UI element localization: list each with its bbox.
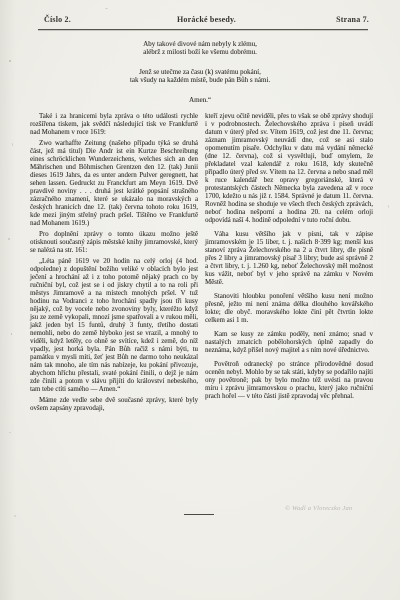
article-paragraph: Kam se kusy ze zámku poděly, není známo;… [205,331,373,355]
verse-line: tak všudy na každém místě, bude pán Bůh … [0,76,400,84]
verse-couplet: Jenž se utečme za času (k) svatému pokán… [0,68,400,84]
verse-line: Jenž se utečme za času (k) svatému pokán… [0,68,400,76]
journal-title: Horácké besedy. [44,15,369,24]
right-column: kteří zjevu očitě neviděli, přes to však… [205,113,373,416]
scan-speck [9,432,11,433]
end-of-article-divider [184,514,214,515]
verse-line: alébrž z milosti boží ke všemu dobrému. [0,48,400,56]
article-paragraph: Zwo warhaffte Zeitung (našeho případu tý… [30,140,198,228]
scan-speck [14,515,16,517]
article-paragraph: Povětroň odranecký po stránce přírodověd… [205,361,373,401]
scan-speck [388,205,389,208]
header-rule [38,29,368,30]
opening-verse: Aby takové divové nám nebyly k zlému, al… [0,40,400,104]
article-paragraph: „Léta páně 1619 ve 20 hodin na celý orlo… [30,258,198,394]
left-column: Také i za hranicemi byla zpráva o této u… [30,113,198,416]
article-paragraph: Pro doplnění zprávy o tomto úkazu možno … [30,231,198,255]
verse-line: Aby takové divové nám nebyly k zlému, [0,40,400,48]
scan-speck [8,238,10,240]
article-paragraph: Také i za hranicemi byla zpráva o této u… [30,113,198,137]
article-paragraph: Váha kusu většího jak v písni, tak v záp… [205,231,373,287]
article-paragraph: Stanoviti hloubku ponoření většího kusu … [205,293,373,325]
article-body: Také i za hranicemi byla zpráva o této u… [30,113,373,416]
verse-amen: Amen.“ [0,96,400,104]
scanned-document-page: Číslo 2. Horácké besedy. Strana 7. Aby t… [0,0,400,600]
scan-speck [105,8,108,9]
scan-speck [12,143,13,146]
article-paragraph: kteří zjevu očitě neviděli, přes to však… [205,113,373,225]
scan-speck [9,60,11,62]
watermark: © Wadl a Vloreczko Jan [285,505,352,512]
article-paragraph: Máme zde vedle sebe dvě současné zprávy,… [30,397,198,413]
verse-couplet: Aby takové divové nám nebyly k zlému, al… [0,40,400,56]
scan-speck [11,333,12,335]
scan-edge-shadow [0,0,16,600]
page-header: Číslo 2. Horácké besedy. Strana 7. [44,15,369,24]
